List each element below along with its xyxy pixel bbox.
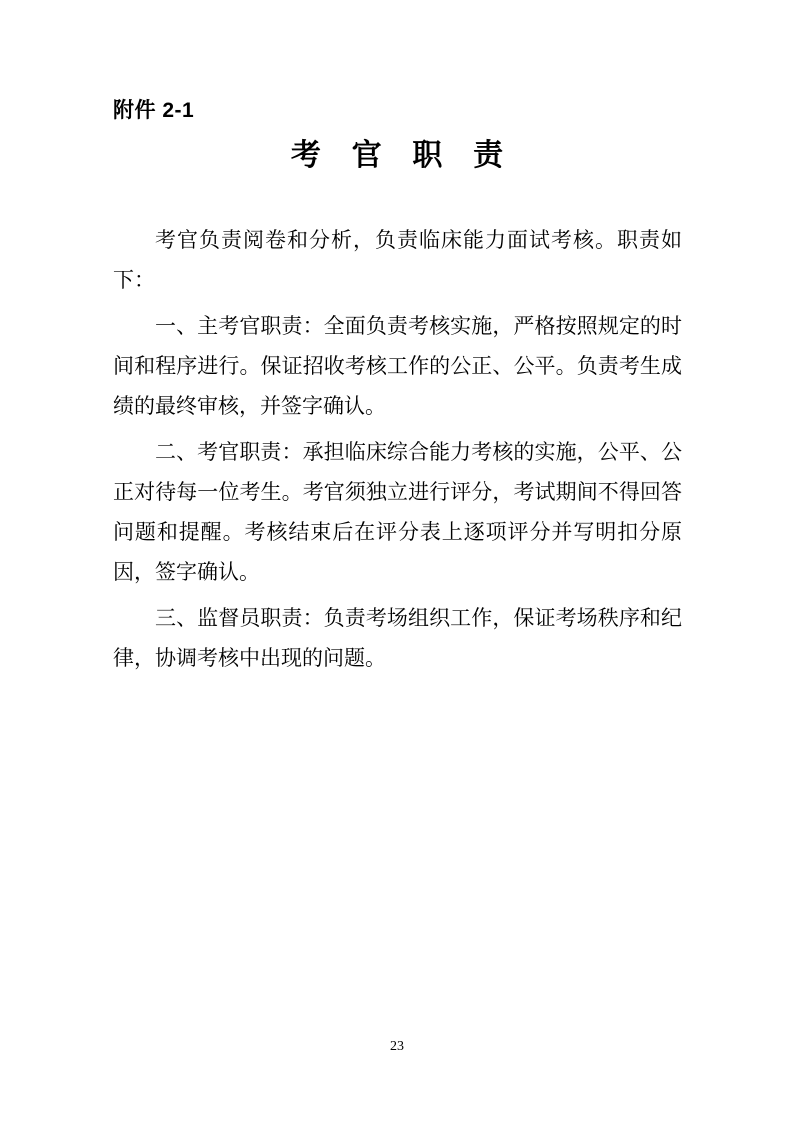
page-title: 考 官 职 责: [113, 134, 682, 178]
body-paragraph-supervisor: 三、监督员职责：负责考场组织工作，保证考场秩序和纪律，协调考核中出现的问题。: [113, 598, 682, 678]
page-number: 23: [0, 1038, 794, 1056]
body-paragraph-chief-examiner: 一、主考官职责：全面负责考核实施，严格按照规定的时间和程序进行。保证招收考核工作…: [113, 306, 682, 426]
document-body: 考官负责阅卷和分析，负责临床能力面试考核。职责如下： 一、主考官职责：全面负责考…: [113, 220, 682, 678]
attachment-label: 附件 2-1: [113, 96, 682, 126]
body-paragraph-examiner: 二、考官职责：承担临床综合能力考核的实施，公平、公正对待每一位考生。考官须独立进…: [113, 432, 682, 592]
document-page: 附件 2-1 考 官 职 责 考官负责阅卷和分析，负责临床能力面试考核。职责如下…: [0, 0, 794, 1123]
body-paragraph-intro: 考官负责阅卷和分析，负责临床能力面试考核。职责如下：: [113, 220, 682, 300]
